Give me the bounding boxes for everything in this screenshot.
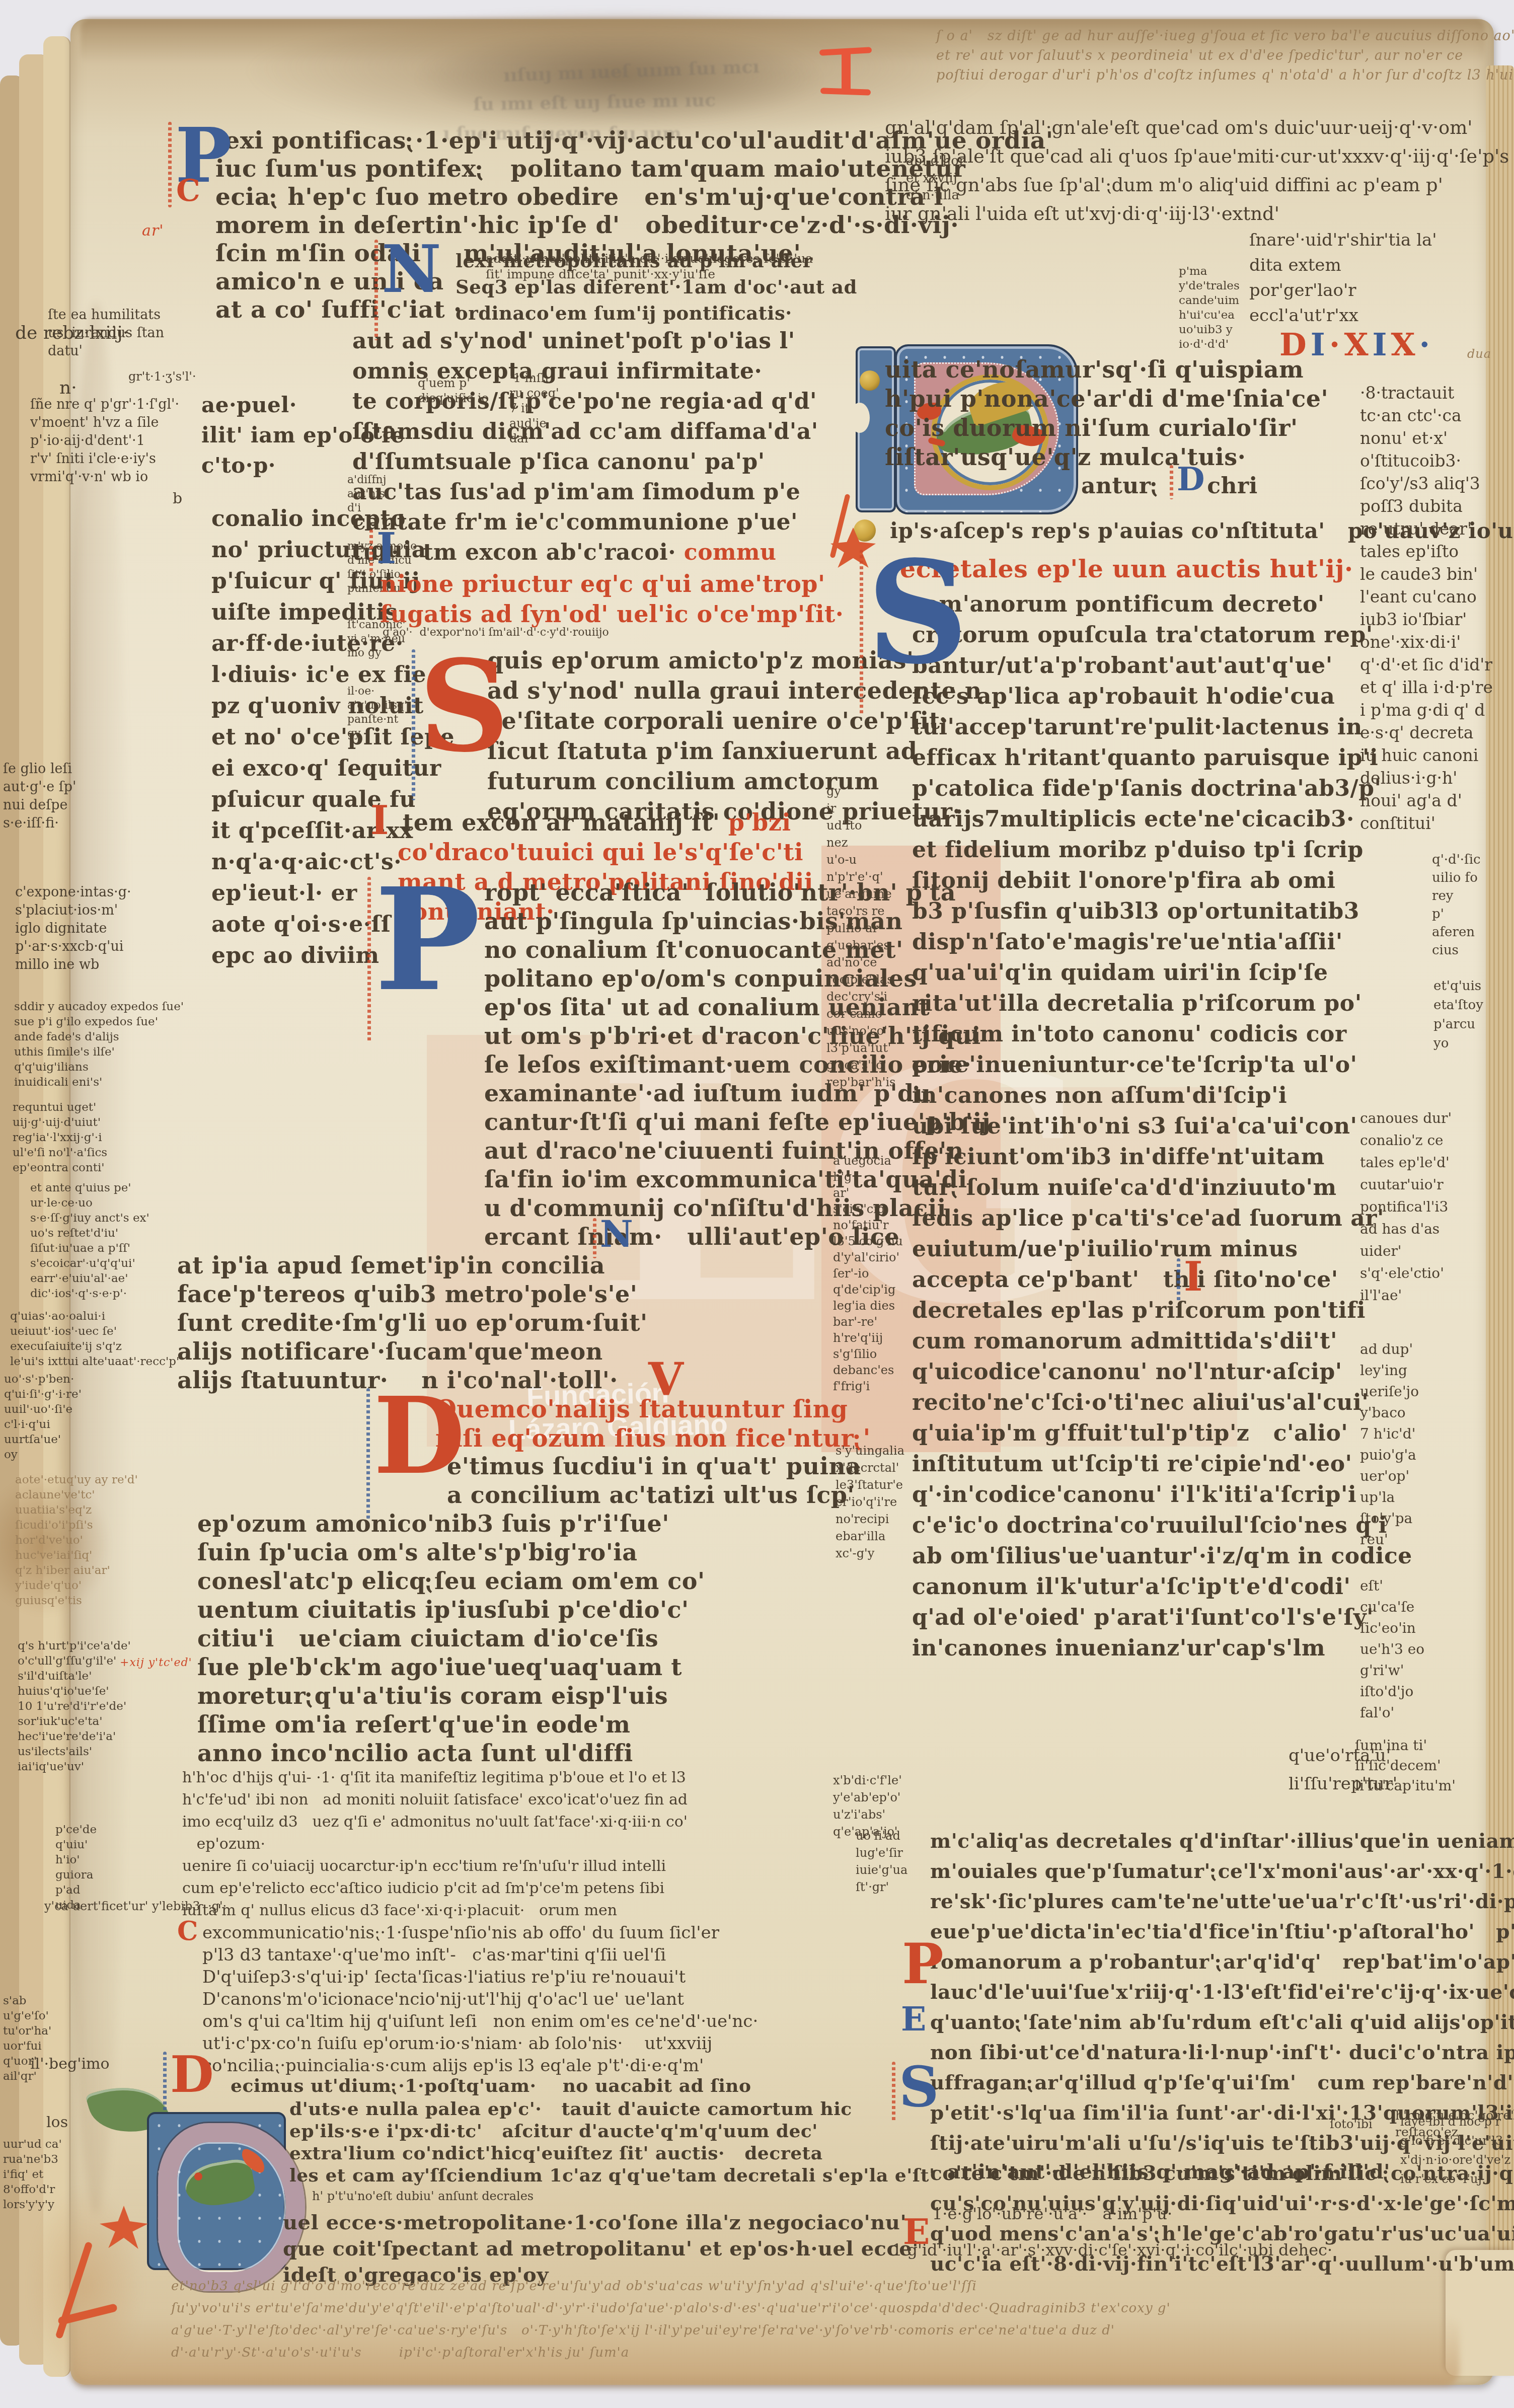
text-line: q'ad ol'e'oied' p'arat'i'ſunt'co'l's'e'ſ…: [912, 1602, 1412, 1633]
text-line: d'·a'u'r'y'·St'·a'u'o's'·u'i'u's ip'i'c'…: [171, 2342, 1171, 2364]
text-line: p'ce'de: [55, 1822, 97, 1837]
text-line: vrmi'q'·v·n' wb io: [30, 468, 179, 486]
text-line: +xij y'tc'ed': [120, 1656, 192, 1670]
text-line: g'lo'fi et'dic'ur'l3: [1400, 2131, 1510, 2150]
right-margin-gloss: ſum'ina ti'ſi'ſic'decem'li'ſu'cap'itu'm': [1355, 1736, 1456, 1796]
text-line: tificum in'toto canonu' codicis cor: [912, 1019, 1412, 1049]
text-line: pulſio ar: [826, 920, 895, 937]
text-line: q's h'urt'p'i'ce'a'de': [18, 1638, 131, 1653]
folio-numeral: [819, 48, 872, 95]
text-line: le'ui's ixttui alte'uaat'·recc'p': [10, 1354, 179, 1369]
text-line: aote'·etuq'uy ay re'd': [15, 1472, 138, 1487]
text-line: aut'his: [347, 487, 387, 501]
text-line: hec'i'ue're'de'i'a': [18, 1729, 131, 1744]
text-line: inſtitutum ut'ſcip'ti re'cipie'nd'·eo': [912, 1449, 1412, 1479]
text-line: b3 p'ſusfin q'uib3l3 op'ortunitatib3: [912, 896, 1412, 927]
text-line: ſitonij debiit l'onore'p'fira ab omi: [912, 865, 1412, 896]
text-line: ar'in'aut'·d'el'hiis q'·mag'·ad ap'·f·il…: [947, 2159, 1390, 2185]
text-line: dua: [1467, 346, 1491, 361]
mixed-line: ecimus ut'dium⁏·1·poſtq'uam· no uacabit …: [231, 2075, 751, 2097]
text-line: nione priuctur eq'c q'ui ame'trop': [380, 569, 844, 599]
text-line: alijs notificare'·ſucam'que'meon: [177, 1337, 648, 1366]
text-line: uij·g'·uij·d'uiut': [13, 1115, 107, 1130]
text-line: mo gy: [347, 646, 405, 660]
text-line: lauc'd'le'uui'ſue'x'riij·q'·1·l3'eſt'fid…: [930, 1977, 1514, 2007]
text-line: et'q'uis: [1433, 976, 1483, 996]
penwork-flourish: [367, 877, 371, 1043]
initial-C-red: C: [176, 177, 200, 204]
text-line: ſnare'·uid'r'shir'tia la': [1249, 228, 1437, 253]
gutter-gloss: gyirud'ſtonezu'o-un'p'r'e'·q'ue'argumeta…: [826, 783, 895, 1091]
text-line: uenire ſi co'uiacij uocarctur·ip'n ecc't…: [182, 1855, 688, 1877]
text-line: p': [1432, 905, 1481, 923]
text-line: nonu' et·x': [1360, 427, 1493, 449]
gold-ball-top: [860, 370, 880, 391]
text-line: q'uicodice'canonu' no'l'ntur·aſcip': [912, 1357, 1412, 1387]
text-line: ſi'ſic'decem': [1355, 1756, 1456, 1776]
text-line: re utru' dear': [1360, 517, 1493, 540]
text-line: cr'io'q'i're: [836, 1493, 904, 1511]
text-line: et no' o'ce'pſit ſepe: [211, 722, 455, 753]
text-line: le caude3 bin': [1360, 563, 1493, 585]
text-line: gn'al'q'dam ſp'al'·gn'ale'eſt que'cad om…: [885, 113, 1509, 142]
text-line: u'g'e'ſo': [3, 2008, 51, 2023]
text-line: uus'no'co': [826, 1022, 895, 1039]
text-line: ſiſut·iu'uae a p'ſſ': [30, 1241, 149, 1256]
text-line: uo's reſtet'd'iu': [30, 1226, 149, 1241]
text-line: uida: [55, 1898, 97, 1913]
text-line: x'dj·n·io·ore'd've'z: [1400, 2150, 1510, 2169]
text-line: e·s·q' decreta: [1360, 721, 1493, 744]
text-line: tales ep'le'd': [1360, 1152, 1452, 1174]
text-line: om's q'ui ca'ltim hij q'uiſunt leſi non …: [202, 2010, 758, 2033]
text-line: i p'ma g·di q' d: [1360, 699, 1493, 721]
text-line: co'is duorum ni'ſum curialo'ſir': [885, 413, 1328, 442]
text-line: ep'eontra conti': [13, 1160, 107, 1175]
text-line: h'g: [833, 1169, 903, 1185]
text-line: millo ine wb: [15, 956, 131, 974]
text-line: cande'uim: [1179, 293, 1240, 308]
text-line: oy: [4, 1447, 82, 1462]
text-line: et q' illa i·d·p're: [1360, 676, 1493, 699]
left-margin-mark: +xij y'tc'ed': [120, 1656, 192, 1670]
text-line: s·e·iſſ·fi·: [3, 814, 76, 833]
text-line: bantur/ut'a'p'robant'aut'aut'q'ue': [912, 650, 1412, 681]
text-line: ſte ea humilitats: [48, 306, 164, 324]
text-line: i'fiq' et: [3, 2167, 62, 2182]
text-line: ·1·inſh: [509, 370, 559, 386]
text-line: cu'ca'ſe: [1360, 1597, 1424, 1618]
text-line: a concilium ac'tatizi ult'us ſcp': [447, 1481, 861, 1510]
text-line: d'i: [347, 501, 387, 515]
right-margin-gloss: ·8·tractauittc·an ctc'·canonu' et·x'o'ſt…: [1360, 382, 1493, 835]
text-line: ru coeq': [509, 386, 559, 401]
text-line: iai'iq'ue'uv': [18, 1759, 131, 1774]
gutter-gloss: uo'fi'adlug'e'ſiriuie'g'uaſt'·gr': [856, 1827, 907, 1896]
text-line: ande fade's d'alijs: [14, 1029, 184, 1044]
text-line: us' iurandus ſtan: [48, 324, 164, 342]
text-line: q'q'uig'ilians: [14, 1060, 184, 1075]
text-line: canoues dur': [1360, 1107, 1452, 1130]
initial-S-blue: S: [867, 550, 968, 676]
text-line: 1·e·g'lo'·ub're'·u'a'· a·im'p'u·: [932, 2204, 1172, 2224]
text-line: il·oe·: [347, 685, 407, 699]
text-line: y'iude'q'uo': [15, 1578, 138, 1593]
text-line: ſue ple'b'ck'm ago'iue'ueq'uaq'uam t: [197, 1653, 705, 1682]
text-line: u'z'i'abs': [833, 1806, 902, 1823]
commentary-lines: excommunicatio'nis⁏·1·ſuspe'nſio'nis ab …: [202, 1922, 758, 2077]
text-line: ſñe nre q' p'gr'·1·ſ'gl'·: [30, 396, 179, 414]
text-line: q'uias'·ao·oalui·i: [10, 1309, 179, 1324]
text-line: l3'5'co'g'hu: [833, 1233, 903, 1249]
text-line: s'y'uingalia: [836, 1442, 904, 1459]
text-line: gy: [347, 727, 407, 741]
left-margin-gloss: los: [46, 2113, 68, 2132]
text-line: x'b'di·c'f'le': [833, 1772, 902, 1789]
penwork-flourish: [168, 122, 172, 207]
text-line: poſſ3 dubita: [1360, 495, 1493, 517]
text-line: q'·in'codice'canonu' i'l'k'iti'a'ſcrip'i: [912, 1479, 1412, 1510]
text-line: leg'ia dies: [833, 1298, 903, 1314]
text-line: cretorum opuſcula tra'ctatorum rep': [912, 620, 1412, 650]
text-line: uentum ciuitatis ip'iusſubi p'ce'dio'c': [197, 1596, 705, 1624]
text-line: ar': [833, 1185, 903, 1201]
text-line: y'e'ab'ep'o': [833, 1789, 902, 1806]
text-line: eta'ſtoy: [1433, 996, 1483, 1015]
text-line: ebar'illa: [836, 1528, 904, 1545]
gutter-gloss: s'y'uingaliax'decrctal'le3'ſtatur'ecr'io…: [836, 1442, 904, 1562]
text-line: accepta ce'p'bant' th'i ſito'no'ce': [912, 1264, 1412, 1295]
text-line: Seq3 ep'las diferent'·1am d'oc'·aut ad: [456, 274, 857, 300]
text-line: bar'-re': [833, 1314, 903, 1330]
tiny-row: gr't·1·ʒ's'l'·: [128, 369, 196, 384]
text-line: cuutar'uio'r: [1360, 1174, 1452, 1196]
penwork-flourish: [860, 550, 863, 716]
text-line: ad'no'ce: [826, 954, 895, 971]
text-line: h're'q'iij: [833, 1330, 903, 1346]
penwork-flourish: [892, 2062, 895, 2122]
text-line: le3'ſtatur'e: [836, 1476, 904, 1493]
text-line: p'ma: [1179, 264, 1240, 279]
text-line: guiora: [55, 1867, 97, 1883]
text-line: u'o-u: [826, 851, 895, 868]
initial-P-red: P: [902, 1939, 944, 1989]
text-line: rey: [1432, 887, 1481, 905]
text-line: ur·le·ce·uo: [30, 1195, 149, 1211]
penwork-flourish: [593, 1218, 596, 1258]
text-line: datu': [48, 342, 164, 360]
text-line: inuidicali eni's': [14, 1075, 184, 1090]
text-line: guiusq'e'tis: [15, 1593, 138, 1608]
penwork-flourish: [1170, 465, 1173, 499]
text-line: excommunicatio'nis⁏·1·ſuspe'nſio'nis ab …: [202, 1922, 758, 1944]
text-line: ſu'y'vo'u'i's er'tu'e'ſa'me'du'y'e'q'ſt'…: [171, 2297, 1171, 2319]
text-line: p'arcu: [1433, 1015, 1483, 1034]
right-col-gloss-top: gn'al'q'dam ſp'al'·gn'ale'eſt que'cad om…: [885, 113, 1509, 228]
text-line: o'ſtitucoib3·: [1360, 449, 1493, 472]
text-line: iub3 ſp'ale'ſt que'cad ali q'uos ſp'aue'…: [885, 142, 1509, 171]
text-segment: tm excon ab'c'racoi·: [423, 540, 676, 565]
text-line: y'de'trales: [1179, 279, 1240, 293]
text-line: tc·an ctc'·ca: [1360, 404, 1493, 427]
text-line: q'·d'·ſic: [1432, 851, 1481, 869]
text-line: pz q'uoniv noluit: [211, 691, 455, 722]
text-line: conalio incepto: [211, 503, 455, 535]
text-line: earr'·e'uiu'al'·ae': [30, 1271, 149, 1286]
initial-C-red: C: [177, 1920, 198, 1943]
left-margin-gloss: uo'·s'·p'ben·q'ui·ſi'·g'·i·re'uuil'·uo'·…: [4, 1372, 82, 1462]
text-line: huc've'iai'ſiq': [15, 1548, 138, 1563]
text-line: ſic'eo'in: [1360, 1618, 1424, 1639]
initial-E-blue: E: [901, 2004, 926, 2034]
fish-eye-red: [194, 2172, 202, 2180]
text-line: recipie'das: [826, 971, 895, 988]
text-line: D'q'uiſep3·s'q'ui·ip' ſecta'ſicas·l'iati…: [202, 1966, 758, 1988]
right-col-gloss-tiny: p'may'de'tralescande'uimh'ui'cu'eauo'uib…: [1179, 264, 1240, 352]
text-line: h' p't'u'no'eſt dubiu' anſunt decrales: [312, 2189, 534, 2204]
text-line: iſto'd'jo: [1360, 1681, 1424, 1702]
text-line: debanc'es: [833, 1362, 903, 1378]
text-line: requntui uget': [13, 1100, 107, 1115]
text-line: ep'ozum amonico'nib3 ſuis p'r'i'ſue': [197, 1510, 705, 1538]
text-line: iuie'g'ua: [856, 1861, 907, 1878]
text-line: iur gn'ali l'uida eſt ut'xvj·di·q'·iij·l…: [885, 199, 1509, 228]
right-margin-gloss: eſt'cu'ca'ſeſic'eo'inue'h'3 eog'ri'w'iſt…: [1360, 1575, 1424, 1723]
text-line: y'baco: [1360, 1402, 1419, 1423]
text-line: cius: [1432, 941, 1481, 959]
flourish-star-red: [100, 2206, 148, 2249]
text-line: d'ſſumtsuale p'ſica canonu' pa'p': [352, 447, 818, 477]
text-line: b: [173, 489, 182, 508]
penwork-flourish: [1177, 1258, 1180, 1301]
left-margin-gloss: ſte ea humilitatsus' iurandus ſtandatu': [48, 306, 164, 360]
text-line: re'sk'·ſic'plures cam'te'ne'utte'ue'ua'r…: [930, 1887, 1514, 1917]
left-margin-gloss: il'·beg'imo: [30, 2055, 110, 2074]
text-line: ſiſtar'usq'ue'q'z mulca'tuis·: [885, 442, 1328, 472]
text-line: ſoto'ibi: [1330, 2117, 1373, 2132]
text-line: aud'ie: [509, 416, 559, 431]
text-line: ueiuut'·ios'·uec ſe': [10, 1324, 179, 1339]
left-margin-gloss: aote'·etuq'uy ay re'd'aclaune've'tc'uuat…: [15, 1472, 138, 1608]
text-line: x'decrctal': [836, 1459, 904, 1476]
initial-I-blue: I: [376, 530, 396, 568]
text-line: lexr metropolitanis ad p'im'a aler: [456, 248, 857, 274]
text-line: iuſta'm q' nullus elicus d3 face'·xi·q·i…: [182, 1900, 688, 1922]
text-line: 8'offo'd'r: [3, 2182, 62, 2197]
left-margin-gloss: uur'ud ca'rua'ne'b3i'fiq' et8'offo'd'rlo…: [3, 2137, 62, 2212]
text-line: taco'rs re: [826, 902, 895, 920]
text-segment: accepta ce'p'bant': [912, 1267, 1163, 1293]
text-line: a'uegocia: [833, 1153, 903, 1169]
text-line: ad dup': [1360, 1339, 1419, 1360]
text-line: ep'ozum·: [182, 1833, 688, 1855]
text-line: ſcc's ap'lica ap'robauit h'odie'cua: [912, 681, 1412, 712]
text-line: et ante q'uius pe': [30, 1180, 149, 1195]
text-line: o'c'ull'g'ſſu'g'il'e': [18, 1653, 131, 1669]
penwork-flourish: [163, 2052, 167, 2112]
text-line: uffragan⁏ar'q'illud q'p'ſe'q'ui'ſm' cum …: [930, 2068, 1514, 2098]
text-line: l'eant cu'cano: [1360, 585, 1493, 608]
text-line: eſt': [1360, 1575, 1424, 1597]
text-line: q'uebar'es: [826, 937, 895, 954]
text-line: rua'ne'b3: [3, 2152, 62, 2167]
text-line: tu'or'ha': [3, 2023, 51, 2039]
text-line: ſ o a' sz diſt' ge ad hur auſſe'·iueg g'…: [936, 26, 1514, 46]
text-line: q'z h'iber aiu'ar': [15, 1563, 138, 1578]
penwork-flourish: [374, 240, 378, 340]
text-line: up'la: [1360, 1487, 1419, 1508]
text-line: ſt'·gr': [856, 1878, 907, 1896]
text-line: no'recipi: [836, 1511, 904, 1528]
interlinear-gloss: a'diſfnjaut'hisd'i: [347, 473, 387, 515]
main-text-sub: lexr metropolitanis ad p'im'a alerSeq3 e…: [456, 248, 857, 326]
text-line: conalio'z ce: [1360, 1130, 1452, 1152]
initial-P-blue: P: [374, 877, 481, 1004]
text-line: ſto'y'pa: [1360, 1508, 1419, 1529]
text-line: s'ci'y'cig: [833, 1201, 903, 1217]
main-text: e'timus ſucdiu'i in q'ua't' puinaa conci…: [447, 1452, 861, 1510]
text-line: dic'·ios'·q'·s·e·p'·: [30, 1286, 149, 1301]
text-line: anno inco'ncilio acta ſunt ul'diffi: [197, 1739, 705, 1768]
heading-letter: X: [1344, 326, 1372, 363]
text-line: ar': [142, 221, 164, 241]
left-margin-mark: ar': [142, 221, 164, 241]
text-line: uuatiia's'eq'z: [15, 1502, 138, 1518]
text-line: rom'anorum pontificum decreto': [912, 589, 1412, 620]
text-line: q'uem p': [418, 375, 489, 391]
text-segment: ercant ſniam·: [484, 1223, 687, 1250]
text-line: fal'o': [1360, 1702, 1424, 1723]
text-line: les et cam ay'ſſciendium 1c'az q'q'ue'ta…: [289, 2164, 935, 2187]
text-line: 1 g'id'·iu'l'·a'·ar'·s'·xvv·di·c'ſe'·xvi…: [892, 2240, 1332, 2260]
right-margin-gloss: et'q'uiseta'ſtoyp'arcuyo: [1433, 976, 1483, 1053]
text-line: cum romanorum admittida's'dii't': [912, 1326, 1412, 1357]
text-line: xc'-g'y: [836, 1545, 904, 1562]
text-line: no'fatiu'r: [833, 1217, 903, 1233]
text-line: huius'q'io'ue'ſe': [18, 1684, 131, 1699]
text-line: disq'uiſie io: [418, 391, 489, 406]
text-line: p'catolica fide'p'ſanis doctrina'ab3/p': [912, 773, 1412, 804]
heading-letter: ·: [1419, 326, 1434, 363]
text-line: canonum il'k'utur'a'ſc'ip't'e'd'codi': [912, 1571, 1412, 1602]
gutter-gloss: a'uegociah'gar's'ci'y'cigno'fatiu'rl3'5'…: [833, 1153, 903, 1394]
text-line: c'e'ic'o doctrina'co'ruuilul'ſcio'nes q'…: [912, 1510, 1412, 1541]
mixed-line: tem excon ar matanij ſt' p'bzi: [403, 807, 791, 838]
heading-letter: I: [1372, 326, 1391, 363]
text-line: face'p'tereos q'uib3 metro'pole's'e': [177, 1280, 648, 1309]
text-line: ecimus ut'dium⁏·1·poſtq'uam· no uacabit …: [231, 2075, 751, 2097]
text-line: gr't·1·ʒ's'l'·: [128, 369, 196, 384]
text-line: ae·puel·: [201, 390, 405, 420]
text-line: uo'fi'ad: [856, 1827, 907, 1844]
text-line: s'g'ſilio: [833, 1346, 903, 1362]
right-margin-gloss: canoues dur'conalio'z cetales ep'le'd'cu…: [1360, 1107, 1452, 1307]
text-line: noui' ag'a d': [1360, 789, 1493, 812]
right-margin-gloss: q'·d'·ſicuilio foreyp'aferencius: [1432, 851, 1481, 959]
text-line: puio'g'a: [1360, 1445, 1419, 1466]
text-line: romanorum a p'robantur'⁏ar'q'id'q' rep'b…: [930, 1947, 1514, 1977]
text-line: citiu'i ue'ciam ciuictam d'io'ce'ſis: [197, 1624, 705, 1653]
text-segment: chri: [1207, 473, 1258, 499]
text-line: s'ecoicar'·u'q'q'ui': [30, 1256, 149, 1271]
text-line: ad has d'as: [1360, 1218, 1452, 1240]
text-line: s'ab: [3, 1993, 51, 2008]
text-line: p'·io·aij·d'dent'·1: [30, 432, 179, 450]
text-line: s·e·ſſ·g'iuy anct's ex': [30, 1211, 149, 1226]
text-line: s'placiut·ios·m': [15, 901, 131, 920]
text-line: eue'p'ue'dicta'in'ec'tia'd'fice'in'ſtiu'…: [930, 1917, 1514, 1947]
interlinear-gloss: il·oe·a'q'uo ilsq'panſte·ntgy: [347, 685, 407, 741]
text-line: h'h'oc d'hijs q'ui- ·1· q'ſit ita manife…: [182, 1767, 688, 1789]
initial-N-blue: N: [600, 1218, 633, 1251]
numeral-serif-bottom: [820, 88, 871, 95]
text-line: et re' aut vor ſaluut's x peordineia' ut…: [936, 46, 1514, 65]
text-line: ordinaco'em ſum'ij pontificatis·: [456, 300, 857, 326]
text-line: aclaune've'tc': [15, 1487, 138, 1502]
text-line: nui deſpe: [3, 796, 76, 814]
text-line: eccl'a'ut'r'xx: [1249, 303, 1437, 328]
interlinear-gloss: q'uem p'disq'uiſie io: [418, 375, 489, 406]
text-line: execuſaiuite'ij s'q'z: [10, 1339, 179, 1354]
text-line: ubi ſue'int'ih'o'ni s3 ſui'a'ca'ui'con': [912, 1111, 1412, 1142]
text-line: io·d'·d'd': [1179, 337, 1240, 352]
text-line: rita'ut'illa decretalia p'riſcorum po': [912, 988, 1412, 1019]
text-line: sue p'i g'ilo expedos ſue': [14, 1014, 184, 1029]
text-line: imo ecq'uilz d3 uez q'ſi e' admonitus no…: [182, 1811, 688, 1833]
text-line: li'ſu'cap'itu'm': [1355, 1776, 1456, 1796]
heading-letter: X: [1391, 326, 1419, 363]
interlinear-gloss: ·1·inſhru coeq'7 itaud'iedai: [509, 370, 559, 446]
text-line: m'ouiales que'p'ſumatur'⁏ce'l'x'moni'aus…: [930, 1856, 1514, 1887]
tiny-row: h' p't'u'no'eſt dubiu' anſunt decrales: [312, 2189, 534, 2204]
text-line: in'canones inuenianz'ur'cap's'lm: [912, 1633, 1412, 1664]
text-line: efficax h'ritant'quanto paruisque ip'i: [912, 742, 1412, 773]
left-margin-gloss: q'uias'·ao·oalui·iueiuut'·ios'·uec ſe'ex…: [10, 1309, 179, 1369]
text-line: q'ua'ui'q'in quidam uiri'in ſcip'ſe: [912, 957, 1412, 988]
text-line: us'ilects'ails': [18, 1744, 131, 1759]
initial-D-red: D: [373, 1388, 465, 1483]
text-line: uor'fui: [3, 2039, 51, 2054]
main-text: d'uts·e nulla palea ep'c'· tauit d'auict…: [289, 2098, 935, 2187]
top-annotation: ſ o a' sz diſt' ge ad hur auſſe'·iueg g'…: [936, 26, 1514, 85]
main-text-narrow: ae·puel·ilit' iam ep'o o'ſec'to·p·: [201, 390, 405, 481]
text-line: ſicudi'o'i'pſi's: [15, 1518, 138, 1533]
initial-D-red: D: [170, 2052, 214, 2097]
text-line: futurum concilium amctorum: [487, 766, 982, 796]
text-line: nez: [826, 834, 895, 851]
left-margin-gloss: sddir y aucadoy expedos ſue'sue p'i g'il…: [14, 999, 184, 1090]
numeral-stem: [842, 51, 851, 92]
text-line: g'cca's'to': [826, 1057, 895, 1074]
left-margin-gloss: et ante q'uius pe'ur·le·ce·uos·e·ſſ·g'iu…: [30, 1180, 149, 1301]
text-line: n'p'r'e'·q': [826, 868, 895, 885]
text-line: aut ad s'y'nod' uninet'poſt p'o'ias l': [352, 326, 818, 356]
text-line: ue'h'3 eo: [1360, 1639, 1424, 1660]
manuscript-scan: ııſuıȷ mı ıueſ uıım ſuı mcıſu ımı eſt uı…: [0, 0, 1514, 2408]
text-line: uita ce'noſamur'sq'·ſi q'uispiam: [885, 355, 1328, 384]
initial-I-red: I: [1184, 1258, 1202, 1295]
initial-stem-cusp: [850, 403, 870, 433]
text-line: h'ui'cu'ea: [1179, 308, 1240, 323]
initial-N-blue: N: [382, 240, 441, 298]
text-line: yo: [1433, 1034, 1483, 1053]
text-line: ei exco·q' ſequitur: [211, 753, 455, 784]
text-line: uur'ud ca': [3, 2137, 62, 2152]
text-line: q'ui·ſi'·g'·i·re': [4, 1387, 82, 1402]
text-line: ſſtamsdiu dicm'ad cc'am diffama'd'a': [352, 417, 818, 447]
penwork-flourish: [369, 530, 373, 575]
text-line: ir: [826, 800, 895, 817]
